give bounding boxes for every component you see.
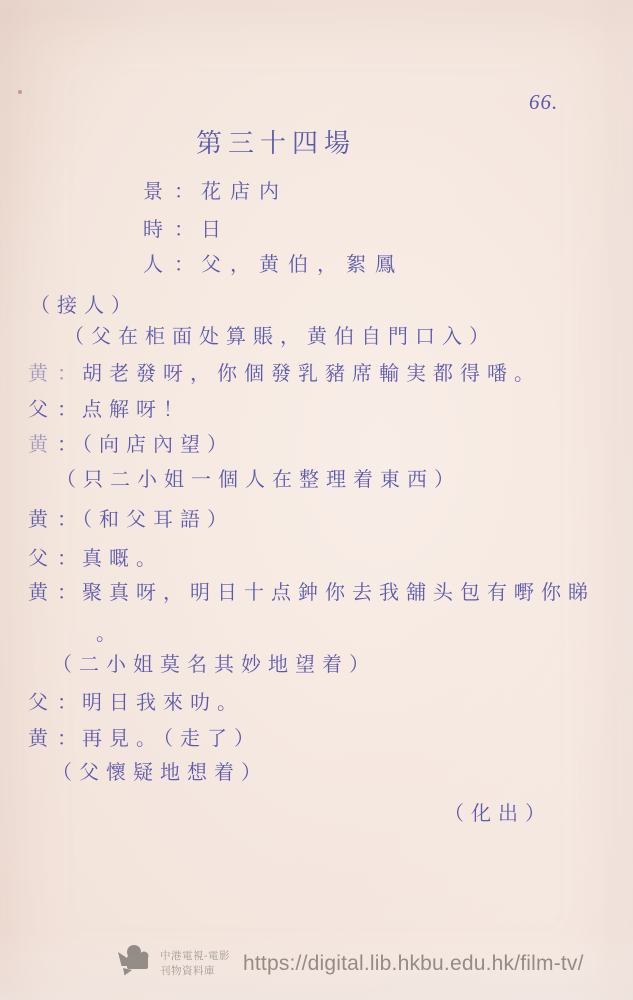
speaker-label: 父 <box>28 399 55 421</box>
dialogue-line: 黄：再見。（走了） <box>28 729 261 749</box>
speaker-colon: ： <box>57 363 77 385</box>
stage-direction: （二小姐莫名其妙地望着） <box>52 655 376 675</box>
speaker-colon: ： <box>57 548 77 570</box>
dialogue-line: 黄：（和父耳語） <box>28 510 234 530</box>
dialogue-text: 点解呀！ <box>82 399 190 421</box>
dialogue-text: 真嘅。 <box>82 548 163 570</box>
watermark-url: https://digital.lib.hkbu.edu.hk/film-tv/ <box>243 952 584 976</box>
speaker-label: 父 <box>28 692 55 714</box>
dialogue-line: 父：点解呀！ <box>28 400 190 420</box>
stage-direction: （父懷疑地想着） <box>52 763 268 783</box>
meta-colon: ： <box>174 219 194 241</box>
speaker-label: 黄 <box>28 363 55 385</box>
meta-colon: ： <box>174 254 194 276</box>
dialogue-line: 黄：胡老發呀，你個發乳豬席輸実都得噃。 <box>28 364 541 384</box>
meta-value: 花店内 <box>201 181 288 203</box>
speaker-label: 黄 <box>28 509 55 531</box>
meta-time-line: 時：日 <box>143 220 230 240</box>
speaker-colon: ： <box>57 728 77 750</box>
watermark-org-name: 中港電視-電影 刊物資料庫 <box>160 949 230 977</box>
dialogue-text: 聚真呀，明日十点鈡你去我舖头包有嘢你睇 <box>82 582 595 604</box>
dialogue-text: （和父耳語） <box>82 509 234 531</box>
page-number: 66. <box>529 92 558 113</box>
meta-label: 時 <box>143 219 172 241</box>
speaker-colon: ： <box>57 692 77 714</box>
meta-value: 日 <box>201 219 230 241</box>
meta-label: 人 <box>143 254 172 276</box>
speaker-label: 黄 <box>28 434 55 456</box>
stage-direction: （只二小姐一個人在整理着東西） <box>56 470 461 490</box>
dialogue-line: 黄：聚真呀，明日十点鈡你去我舖头包有嘢你睇 <box>28 583 595 603</box>
meta-value: 父，黄伯，絮鳳 <box>201 254 404 276</box>
scanned-script-page: 66. 第三十四場 景：花店内 時：日 人：父，黄伯，絮鳳 （接人） （父在柜面… <box>0 0 633 1000</box>
stage-direction: （接人） <box>30 296 138 316</box>
dialogue-continuation: 。 <box>96 624 123 644</box>
stage-direction: （父在柜面处算賬，黄伯自門口入） <box>64 327 496 347</box>
dialogue-line: 黄：（向店內望） <box>28 435 234 455</box>
speaker-colon: ： <box>57 582 77 604</box>
film-camera-icon <box>117 944 153 983</box>
meta-label: 景 <box>143 181 172 203</box>
dialogue-text: 胡老發呀，你個發乳豬席輸実都得噃。 <box>82 363 541 385</box>
watermark-org-line1: 中港電視-電影 <box>160 949 230 963</box>
scene-title: 第三十四場 <box>196 131 356 157</box>
watermark-org-line2: 刊物資料庫 <box>160 964 230 978</box>
meta-location-line: 景：花店内 <box>143 182 288 202</box>
paper-speck <box>18 90 22 94</box>
dialogue-line: 父：明日我來叻。 <box>28 693 244 713</box>
speaker-colon: ： <box>57 509 77 531</box>
meta-colon: ： <box>174 181 194 203</box>
dialogue-text: 明日我來叻。 <box>82 692 244 714</box>
dialogue-line: 父：真嘅。 <box>28 549 163 569</box>
library-watermark: 中港電視-電影 刊物資料庫 https://digital.lib.hkbu.e… <box>117 944 584 983</box>
speaker-label: 黄 <box>28 728 55 750</box>
speaker-label: 父 <box>28 548 55 570</box>
speaker-colon: ： <box>57 434 77 456</box>
speaker-label: 黄 <box>28 582 55 604</box>
transition-note: （化出） <box>444 804 552 824</box>
speaker-colon: ： <box>57 399 77 421</box>
dialogue-text: 再見。（走了） <box>82 728 261 750</box>
dialogue-text: （向店內望） <box>82 434 234 456</box>
meta-cast-line: 人：父，黄伯，絮鳳 <box>143 255 404 275</box>
